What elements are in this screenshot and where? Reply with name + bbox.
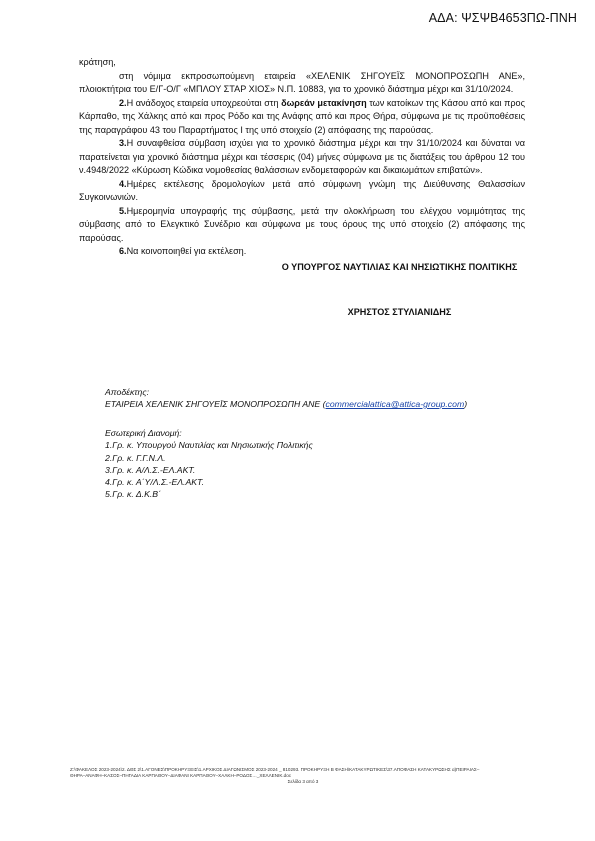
item-number: 5.	[119, 206, 127, 216]
item-6: 6.Να κοινοποιηθεί για εκτέλεση.	[79, 245, 525, 259]
recipients-block: Αποδέκτης: ΕΤΑΙΡΕΙΑ ΧΕΛΕΝΙΚ ΣΗΓΟΥΕΪΣ ΜΟΝ…	[105, 386, 467, 410]
ada-code: ΑΔΑ: ΨΣΨΒ4653ΠΩ-ΠΝΗ	[429, 11, 577, 25]
signatory-name: ΧΡΗΣΤΟΣ ΣΤΥΛΙΑΝΙΔΗΣ	[274, 306, 525, 320]
item-number: 6.	[119, 246, 127, 256]
distribution-item: 5.Γρ. κ. Δ.Κ.Β΄	[105, 488, 313, 500]
item-3: 3.Η συναφθείσα σύμβαση ισχύει για το χρο…	[79, 137, 525, 178]
page-footer: Z:\ΦΑΚΕΛΟΣ 2023-2024\2. ΔΘΣ 2\1.ΑΓΟΝΕΣ\Π…	[70, 767, 536, 786]
company-paragraph: στη νόμιμα εκπροσωπούμενη εταιρεία «ΧΕΛΕ…	[79, 70, 525, 97]
document-body: κράτηση, στη νόμιμα εκπροσωπούμενη εταιρ…	[79, 56, 525, 320]
item-4: 4.Ημέρες εκτέλεσης δρομολογίων μετά από …	[79, 178, 525, 205]
distribution-label: Εσωτερική Διανομή:	[105, 427, 313, 439]
recipient-email-link[interactable]: commercialattica@attica-group.com	[326, 399, 465, 409]
recipients-label: Αποδέκτης:	[105, 386, 467, 398]
item-2: 2.Η ανάδοχος εταιρεία υποχρεούται στη δω…	[79, 97, 525, 138]
distribution-item: 2.Γρ. κ. Γ.Γ.Ν.Λ.	[105, 452, 313, 464]
distribution-item: 4.Γρ. κ. Α΄Υ/Λ.Σ.-ΕΛ.ΑΚΤ.	[105, 476, 313, 488]
page-number: Σελίδα 3 από 3	[70, 779, 536, 785]
free-transport-emphasis: δωρεάν μετακίνηση	[281, 98, 367, 108]
internal-distribution: Εσωτερική Διανομή: 1.Γρ. κ. Υπουργού Ναυ…	[105, 427, 313, 501]
distribution-item: 1.Γρ. κ. Υπουργού Ναυτιλίας και Νησιωτικ…	[105, 439, 313, 451]
signatory-title: Ο ΥΠΟΥΡΓΟΣ ΝΑΥΤΙΛΙΑΣ ΚΑΙ ΝΗΣΙΩΤΙΚΗΣ ΠΟΛΙ…	[274, 261, 525, 275]
item-5: 5.Ημερομηνία υπογραφής της σύμβασης, μετ…	[79, 205, 525, 246]
item-number: 4.	[119, 179, 127, 189]
recipient-company: ΕΤΑΙΡΕΙΑ ΧΕΛΕΝΙΚ ΣΗΓΟΥΕΪΣ ΜΟΝΟΠΡΟΣΩΠΗ ΑΝ…	[105, 398, 467, 410]
item-number: 2.	[119, 98, 127, 108]
distribution-item: 3.Γρ. κ. Α/Λ.Σ.-ΕΛ.ΑΚΤ.	[105, 464, 313, 476]
line-continuation: κράτηση,	[79, 56, 525, 70]
item-number: 3.	[119, 138, 127, 148]
